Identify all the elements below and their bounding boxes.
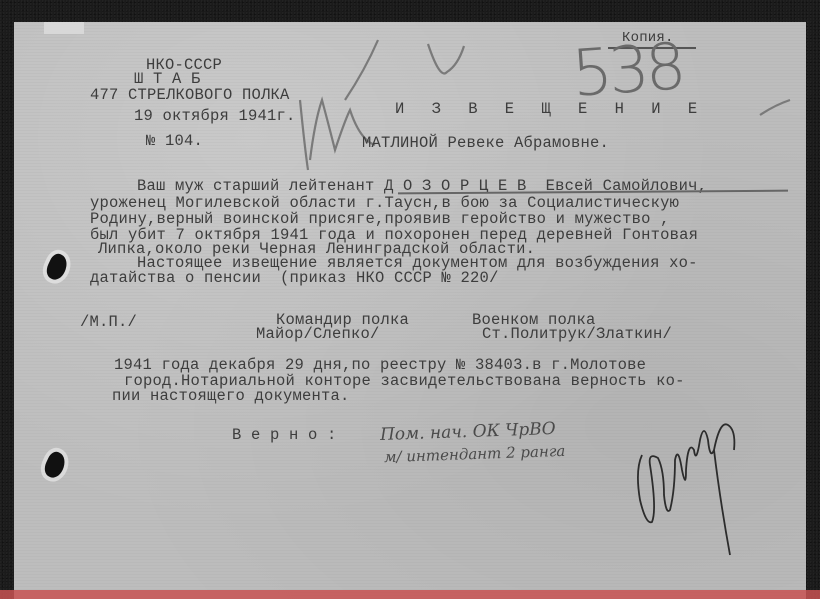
stamp-place: /М.П./ (80, 313, 137, 331)
addressee: МАТЛИНОЙ Ревеке Абрамовне. (362, 134, 609, 152)
scan-edge-band (0, 590, 820, 599)
notary-line: пии настоящего документа. (112, 387, 350, 405)
document-title: И З В Е Щ Е Н И Е (395, 100, 706, 118)
signature-scribble-icon (630, 410, 760, 560)
body-line: датайства о пенсии (приказ НКО СССР № 22… (90, 269, 499, 287)
certified-label: В е р н о : (232, 426, 337, 444)
commander-name: Майор/Слепко/ (256, 325, 380, 343)
commissar-name: Ст.Политрук/Златкин/ (482, 325, 672, 343)
